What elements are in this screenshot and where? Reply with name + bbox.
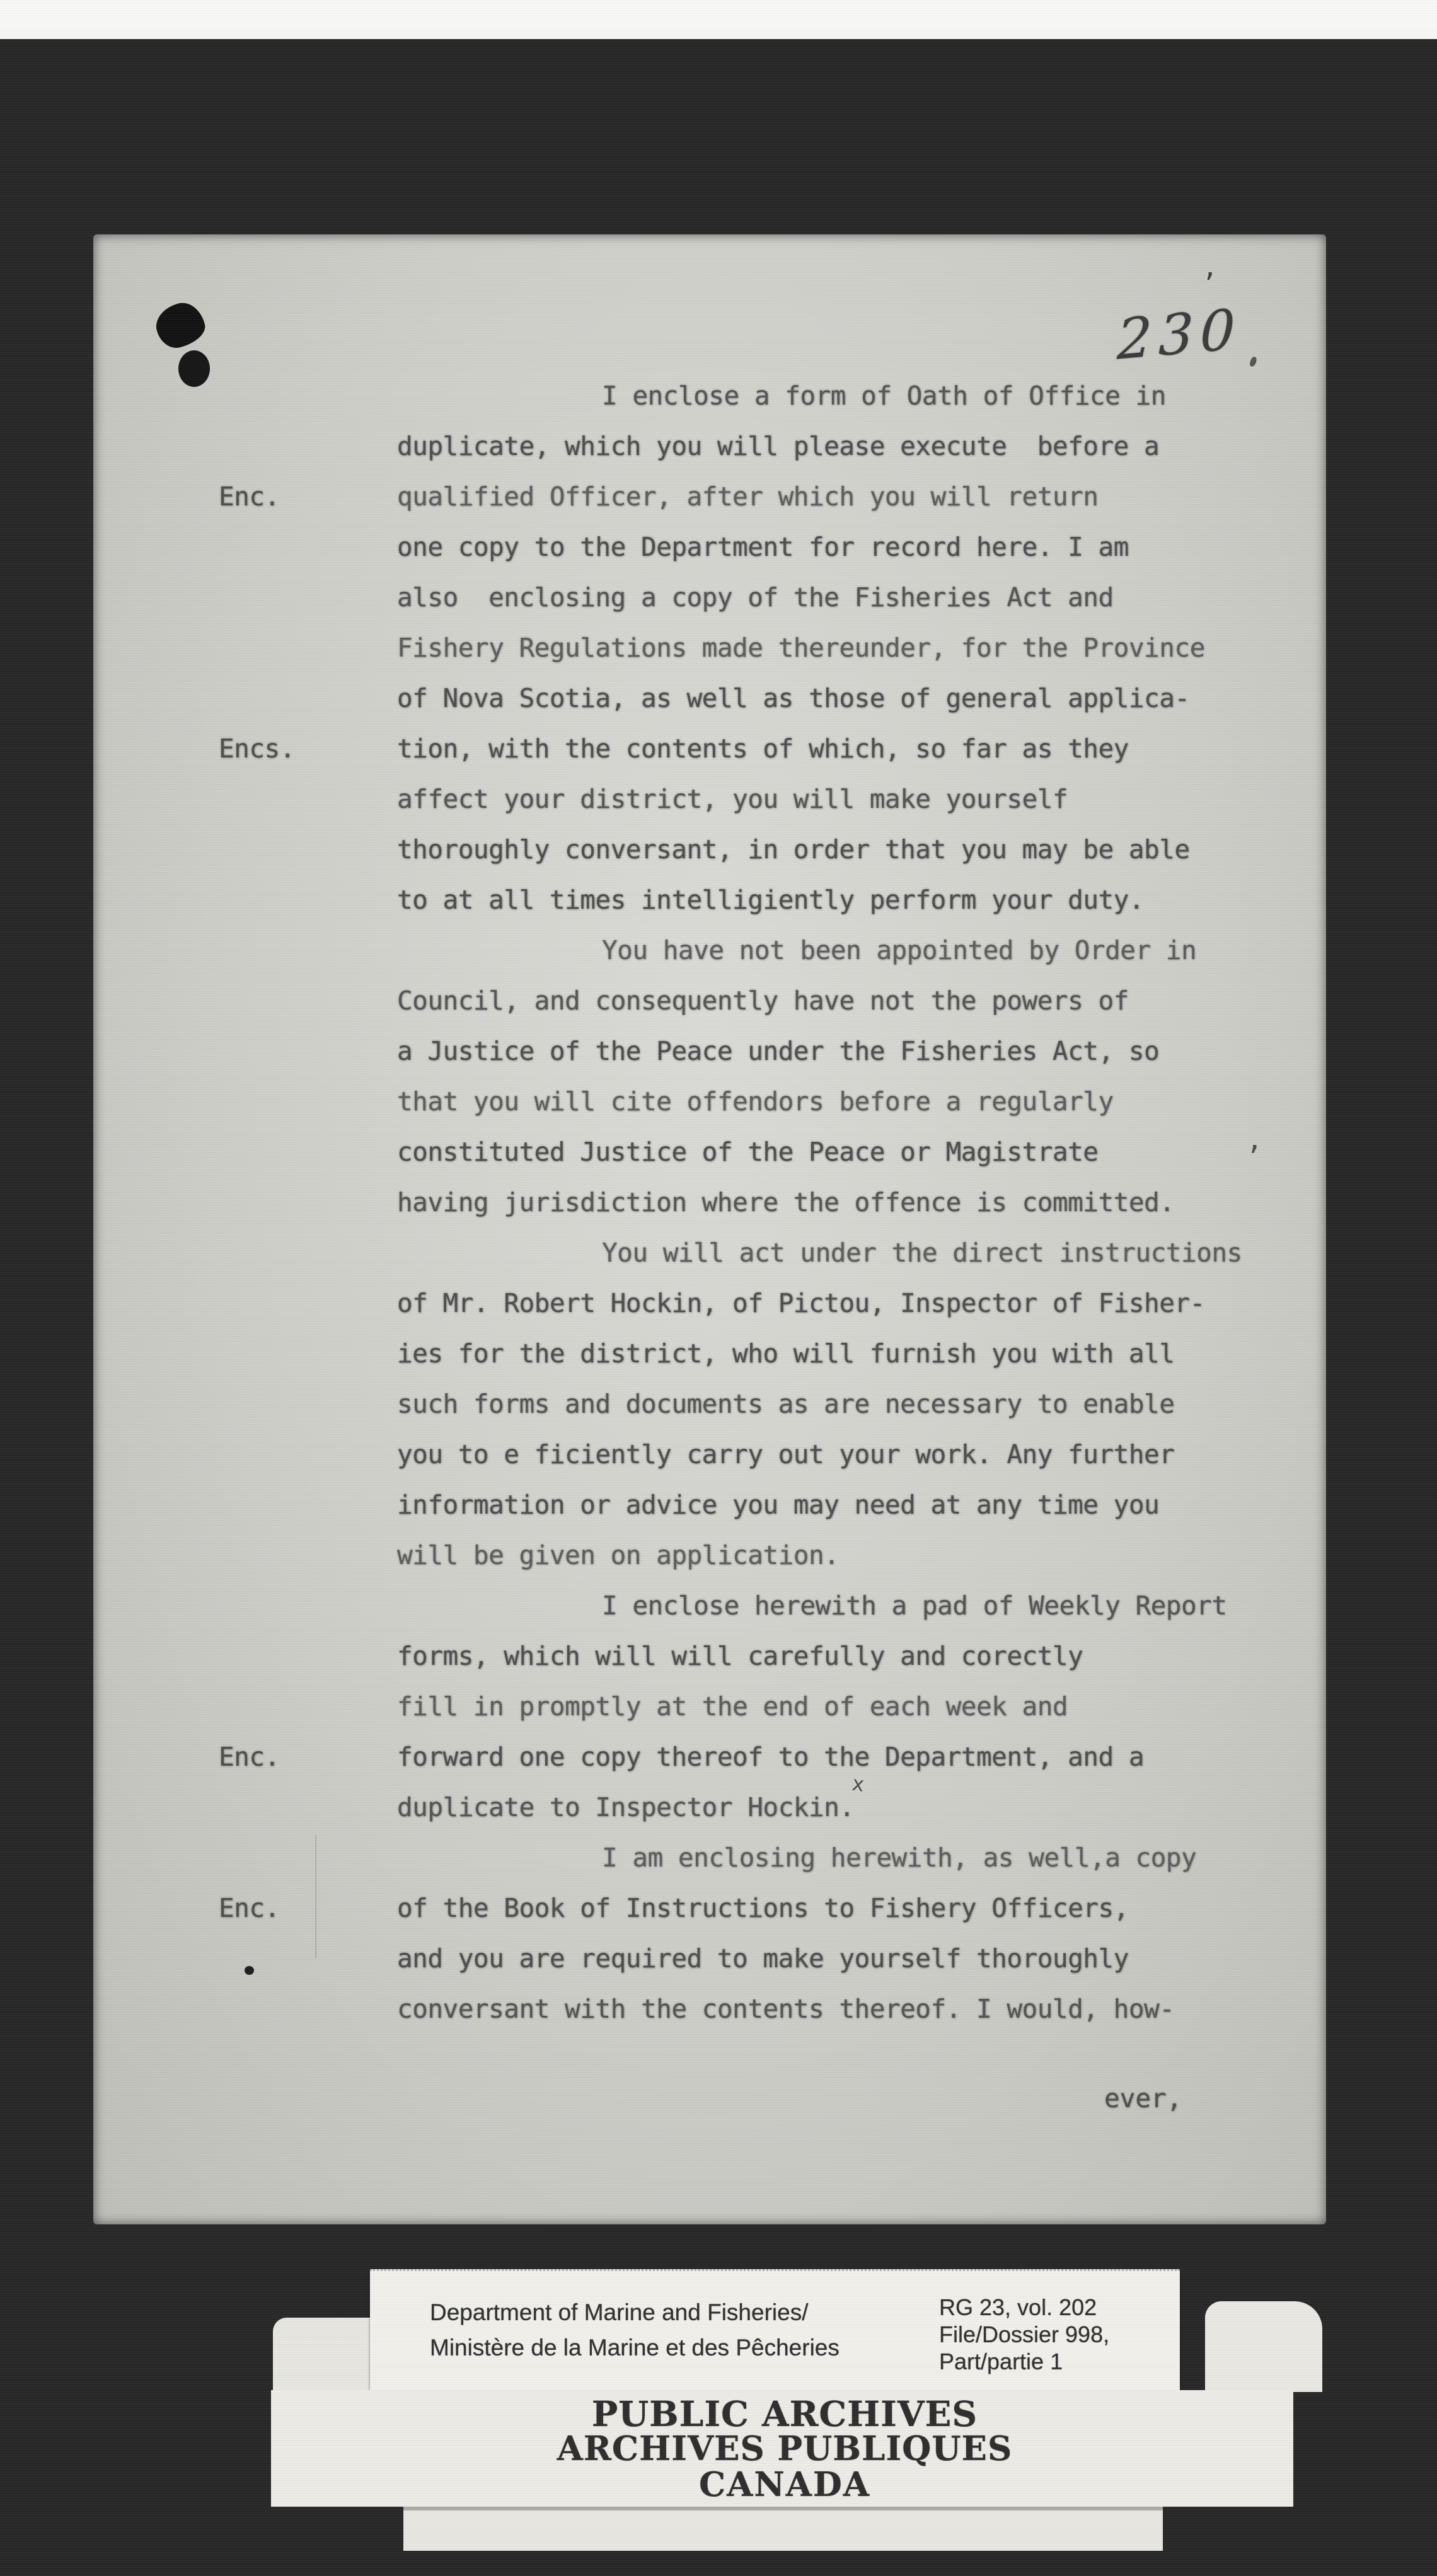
letter-line: fill in promptly at the end of each week…	[397, 1681, 1242, 1732]
archive-stamp-band: PUBLIC ARCHIVES ARCHIVES PUBLIQUES CANAD…	[271, 2390, 1293, 2507]
margin-enclosure-label: Enc.	[219, 1883, 280, 1933]
reference-file: File/Dossier 998,	[939, 2321, 1109, 2347]
letter-line: duplicate to Inspector Hockin.	[397, 1782, 1242, 1832]
letter-line: constituted Justice of the Peace or Magi…	[397, 1127, 1242, 1177]
letter-line: one copy to the Department for record he…	[397, 522, 1242, 572]
letter-line: also enclosing a copy of the Fisheries A…	[397, 572, 1242, 623]
department-label-en: Department of Marine and Fisheries/	[430, 2299, 809, 2325]
letter-line: forward one copy thereof to the Departme…	[397, 1732, 1242, 1782]
letter-line: Fishery Regulations made thereunder, for…	[397, 623, 1242, 673]
letter-line: and you are required to make yourself th…	[397, 1933, 1242, 1984]
stamp-line-archives-publiques: ARCHIVES PUBLIQUES	[366, 2432, 1204, 2466]
letter-line: I am enclosing herewith, as well,a copy	[397, 1832, 1242, 1883]
letter-line: I enclose herewith a pad of Weekly Repor…	[397, 1580, 1242, 1631]
letter-line: duplicate, which you will please execute…	[397, 421, 1242, 471]
letter-line: qualified Officer, after which you will …	[397, 471, 1242, 522]
letter-line: You have not been appointed by Order in	[397, 925, 1242, 975]
scanner-light-strip	[0, 0, 1437, 39]
letter-line: such forms and documents as are necessar…	[397, 1379, 1242, 1429]
letter-line: having jurisdiction where the offence is…	[397, 1177, 1242, 1228]
ink-blot-small	[178, 350, 210, 387]
letter-line: will be given on application.	[397, 1530, 1242, 1580]
paper-crease	[315, 1835, 316, 1958]
letter-line: affect your district, you will make your…	[397, 774, 1242, 824]
stamp-line-public-archives: PUBLIC ARCHIVES	[366, 2396, 1204, 2432]
archive-stamp: PUBLIC ARCHIVES ARCHIVES PUBLIQUES CANAD…	[366, 2396, 1204, 2504]
letter-line: I enclose a form of Oath of Office in	[397, 371, 1242, 421]
letter-line: conversant with the contents thereof. I …	[397, 1984, 1242, 2034]
backing-sheet-right-tab	[1205, 2301, 1322, 2392]
letter-body: I enclose a form of Oath of Office indup…	[397, 371, 1242, 2034]
letter-line: You will act under the direct instructio…	[397, 1228, 1242, 1278]
department-label: Department of Marine and Fisheries/Minis…	[430, 2295, 840, 2366]
letter-line: forms, which will will carefully and cor…	[397, 1631, 1242, 1681]
letter-line: of Mr. Robert Hockin, of Pictou, Inspect…	[397, 1278, 1242, 1328]
stray-apostrophe-mark: ’	[1245, 1141, 1262, 1173]
letter-line: of the Book of Instructions to Fishery O…	[397, 1883, 1242, 1933]
department-label-fr: Ministère de la Marine et des Pêcheries	[430, 2335, 840, 2360]
reference-part: Part/partie 1	[939, 2349, 1063, 2374]
stamp-line-canada: CANADA	[366, 2466, 1204, 2504]
margin-ink-dot	[245, 1966, 254, 1975]
letter-line: ies for the district, who will furnish y…	[397, 1328, 1242, 1379]
archive-reference-card: Department of Marine and Fisheries/Minis…	[370, 2269, 1180, 2395]
reference-label: RG 23, vol. 202File/Dossier 998,Part/par…	[939, 2294, 1109, 2375]
letter-line: you to e ficiently carry out your work. …	[397, 1429, 1242, 1480]
letter-line: of Nova Scotia, as well as those of gene…	[397, 673, 1242, 723]
letter-line: to at all times intelligiently perform y…	[397, 875, 1242, 925]
letter-line: a Justice of the Peace under the Fisheri…	[397, 1026, 1242, 1076]
margin-enclosure-label: Enc.	[219, 1732, 280, 1782]
archival-scan-page: { "document": { "page_number": "230", "c…	[0, 0, 1437, 2576]
letter-line: information or advice you may need at an…	[397, 1480, 1242, 1530]
backing-sheet-left-tab	[273, 2318, 374, 2392]
reference-rg: RG 23, vol. 202	[939, 2294, 1097, 2320]
letter-line: that you will cite offendors before a re…	[397, 1076, 1242, 1127]
letter-line: tion, with the contents of which, so far…	[397, 723, 1242, 774]
letter-line: thoroughly conversant, in order that you…	[397, 824, 1242, 875]
margin-enclosure-label: Encs.	[219, 723, 295, 774]
stray-tick-mark: ’	[1201, 268, 1217, 299]
backing-sheet-lower-strip	[403, 2507, 1163, 2551]
handwritten-page-number: 230	[1117, 295, 1256, 372]
margin-enclosure-label: Enc.	[219, 471, 280, 522]
catchword: ever,	[1104, 2073, 1182, 2124]
letter-line: Council, and consequently have not the p…	[397, 975, 1242, 1026]
